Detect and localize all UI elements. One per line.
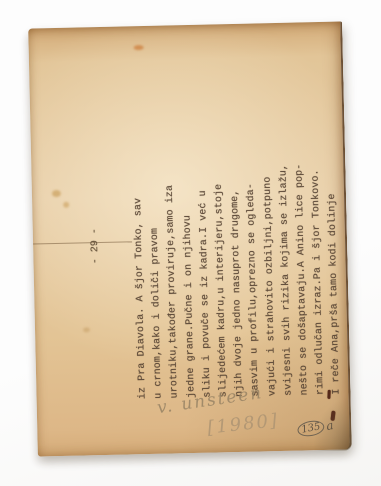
paper-stain	[134, 45, 144, 50]
fold-crease-line	[33, 241, 132, 244]
pencil-year-note: [1980]	[206, 410, 280, 439]
page-number: - 29 -	[90, 222, 105, 270]
typewritten-text-block: iz Pra Diavola. A šjor Tonko, sav u crno…	[130, 159, 347, 400]
paper-stain	[52, 190, 61, 197]
photo-backdrop: - 29 - iz Pra Diavola. A šjor Tonko, sav…	[0, 0, 381, 486]
paper-stain	[63, 202, 69, 208]
page-corner-curl	[304, 386, 351, 451]
paper-stain	[83, 327, 90, 332]
manuscript-page: - 29 - iz Pra Diavola. A šjor Tonko, sav…	[28, 21, 352, 456]
